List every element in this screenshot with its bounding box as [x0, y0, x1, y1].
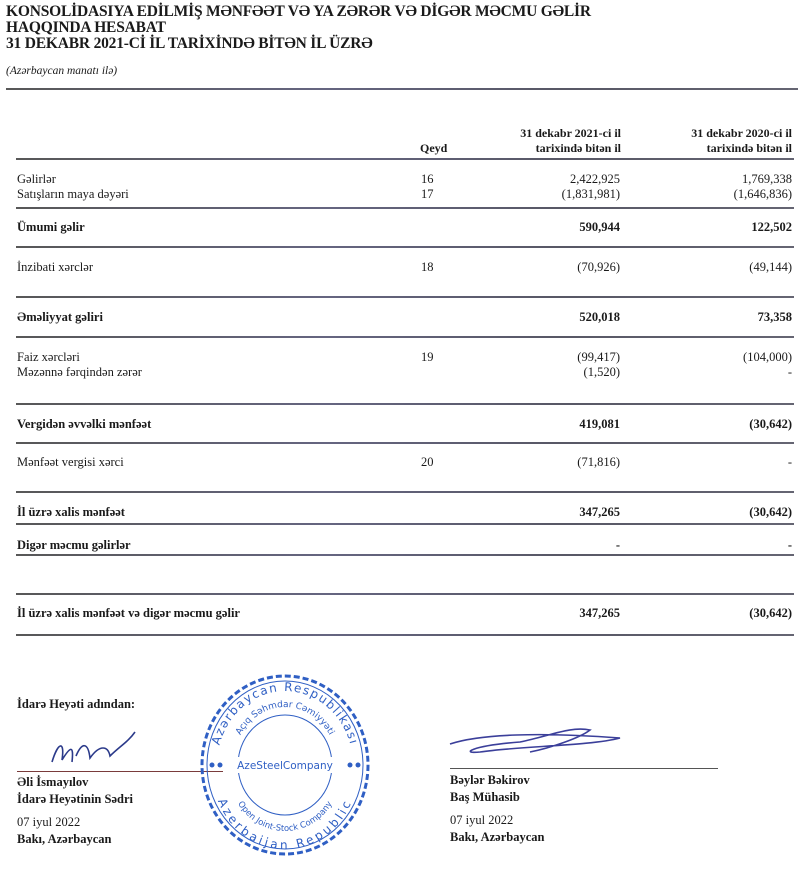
signatory-right-place: Bakı, Azərbaycan [450, 829, 544, 846]
table-row: Vergidən əvvəlki mənfəət419,081(30,642) [17, 417, 792, 435]
column-header-note: Qeyd [420, 141, 447, 156]
row-label: Əməliyyat gəliri [17, 310, 103, 325]
row-value-2021: (1,520) [584, 365, 620, 380]
divider [16, 491, 794, 493]
row-label: Satışların maya dəyəri [17, 187, 129, 202]
table-row: Ümumi gəlir590,944122,502 [17, 220, 792, 238]
row-note: 20 [421, 455, 451, 470]
title-line-3: 31 DEKABR 2021-Cİ İL TARİXİNDƏ BİTƏN İL … [6, 36, 591, 52]
signatory-right: Bəylər Bəkirov Baş Mühasib 07 iyul 2022 … [450, 772, 544, 846]
svg-text:AzeSteelCompany: AzeSteelCompany [237, 760, 333, 772]
row-value-2020: (30,642) [749, 606, 792, 621]
divider [16, 403, 794, 405]
signatory-left-position: İdarə Heyətinin Sədri [17, 791, 133, 808]
row-value-2020: (49,144) [749, 260, 792, 275]
table-row: İl üzrə xalis mənfəət347,265(30,642) [17, 505, 792, 523]
svg-text:Azərbaycan Respublikası: Azərbaycan Respublikası [209, 680, 362, 747]
row-value-2020: - [788, 365, 792, 380]
title-line-2: HAQQINDA HESABAT [6, 20, 591, 36]
row-value-2020: 122,502 [751, 220, 792, 235]
row-label: İnzibati xərclər [17, 260, 93, 275]
row-value-2021: (99,417) [577, 350, 620, 365]
signatory-right-position: Baş Mühasib [450, 789, 544, 806]
row-value-2021: 419,081 [579, 417, 620, 432]
column-header-2020: 31 dekabr 2020-ci il tarixində bitən il [691, 126, 792, 156]
divider [16, 336, 794, 338]
signature-left-icon [40, 722, 160, 772]
divider [16, 634, 794, 636]
table-row: Satışların maya dəyəri17(1,831,981)(1,64… [17, 187, 792, 205]
column-header-2020-line2: tarixində bitən il [691, 141, 792, 156]
divider [16, 246, 794, 248]
column-header-2020-line1: 31 dekabr 2020-ci il [691, 126, 792, 141]
row-note: 17 [421, 187, 451, 202]
table-row: Məzənnə fərqindən zərər(1,520)- [17, 365, 792, 383]
divider [16, 296, 794, 298]
row-value-2020: (30,642) [749, 505, 792, 520]
row-value-2021: 347,265 [579, 606, 620, 621]
signature-line-right [450, 768, 718, 769]
on-behalf-label: İdarə Heyəti adından: [17, 696, 135, 713]
statement-title: KONSOLİDASIYA EDİLMİŞ MƏNFƏƏT VƏ YA ZƏRƏ… [6, 4, 591, 52]
row-value-2021: 347,265 [579, 505, 620, 520]
table-row: İnzibati xərclər18(70,926)(49,144) [17, 260, 792, 278]
divider [16, 554, 794, 556]
row-value-2020: 73,358 [758, 310, 792, 325]
row-value-2020: (104,000) [743, 350, 792, 365]
row-value-2021: 590,944 [579, 220, 620, 235]
row-label: Vergidən əvvəlki mənfəət [17, 417, 151, 432]
row-label: Faiz xərcləri [17, 350, 80, 365]
divider [16, 207, 794, 209]
row-note: 18 [421, 260, 451, 275]
row-label: Məzənnə fərqindən zərər [17, 365, 142, 380]
row-value-2020: (30,642) [749, 417, 792, 432]
row-value-2021: (71,816) [577, 455, 620, 470]
row-label: Mənfəət vergisi xərci [17, 455, 124, 470]
divider [6, 88, 798, 90]
column-header-2021-line1: 31 dekabr 2021-ci il [520, 126, 621, 141]
header-divider [16, 158, 794, 160]
row-value-2021: 520,018 [579, 310, 620, 325]
signatory-left: Əli İsmayılov İdarə Heyətinin Sədri 07 i… [17, 774, 133, 848]
row-label: Digər məcmu gəlirlər [17, 538, 131, 553]
signatory-left-place: Bakı, Azərbaycan [17, 831, 133, 848]
row-label: Ümumi gəlir [17, 220, 85, 235]
divider [16, 593, 794, 595]
row-label: İl üzrə xalis mənfəət [17, 505, 125, 520]
signatory-left-name: Əli İsmayılov [17, 774, 133, 791]
column-header-2021: 31 dekabr 2021-ci il tarixində bitən il [520, 126, 621, 156]
row-value-2020: - [788, 455, 792, 470]
row-value-2021: (70,926) [577, 260, 620, 275]
column-header-2021-line2: tarixində bitən il [520, 141, 621, 156]
row-value-2021: (1,831,981) [562, 187, 620, 202]
row-note: 16 [421, 172, 451, 187]
divider [16, 442, 794, 444]
row-value-2021: - [616, 538, 620, 553]
company-stamp-icon: Azərbaycan Respublikası Açıq Səhmdar Cəm… [199, 673, 371, 857]
row-value-2021: 2,422,925 [570, 172, 620, 187]
divider [16, 523, 794, 525]
signatory-right-date: 07 iyul 2022 [450, 812, 544, 829]
row-value-2020: - [788, 538, 792, 553]
signatory-right-name: Bəylər Bəkirov [450, 772, 544, 789]
signatory-left-date: 07 iyul 2022 [17, 814, 133, 831]
row-value-2020: (1,646,836) [734, 187, 792, 202]
row-label: İl üzrə xalis mənfəət və digər məcmu gəl… [17, 606, 240, 621]
table-row: Mənfəət vergisi xərci20(71,816)- [17, 455, 792, 473]
row-value-2020: 1,769,338 [742, 172, 792, 187]
table-row: İl üzrə xalis mənfəət və digər məcmu gəl… [17, 606, 792, 624]
table-row: Əməliyyat gəliri520,01873,358 [17, 310, 792, 328]
row-label: Gəlirlər [17, 172, 56, 187]
currency-note: (Azərbaycan manatı ilə) [6, 65, 117, 77]
signature-right-icon [440, 722, 640, 762]
row-note: 19 [421, 350, 451, 365]
title-line-1: KONSOLİDASIYA EDİLMİŞ MƏNFƏƏT VƏ YA ZƏRƏ… [6, 4, 591, 20]
